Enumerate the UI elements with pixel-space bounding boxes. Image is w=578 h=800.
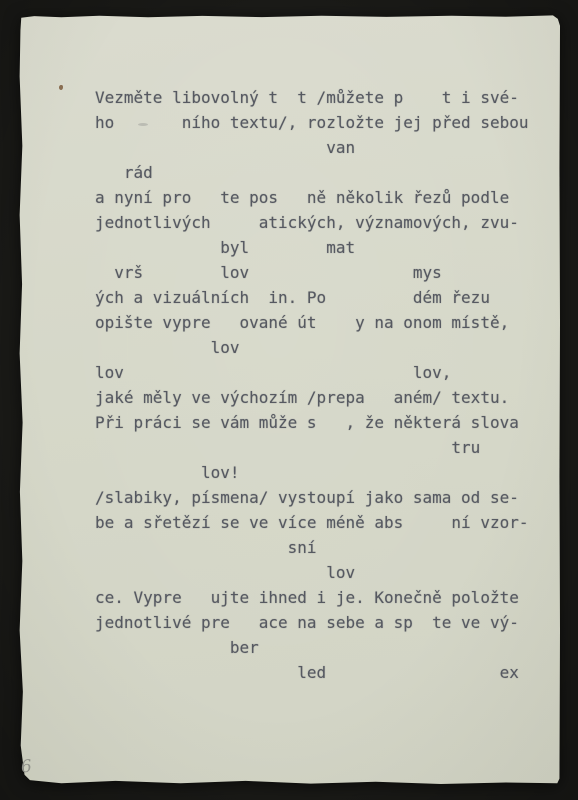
- paper-stain: [59, 85, 63, 90]
- photo-backdrop: Vezměte libovolný t t /můžete p t i své-…: [0, 0, 578, 800]
- poem-text: Vezměte libovolný t t /můžete p t i své-…: [95, 85, 528, 685]
- paper-sheet: Vezměte libovolný t t /můžete p t i své-…: [18, 15, 560, 784]
- paper-smudge: [138, 123, 148, 126]
- page-number-annotation: 6: [20, 756, 33, 777]
- paper-sheet-wrap: Vezměte libovolný t t /můžete p t i své-…: [18, 15, 560, 784]
